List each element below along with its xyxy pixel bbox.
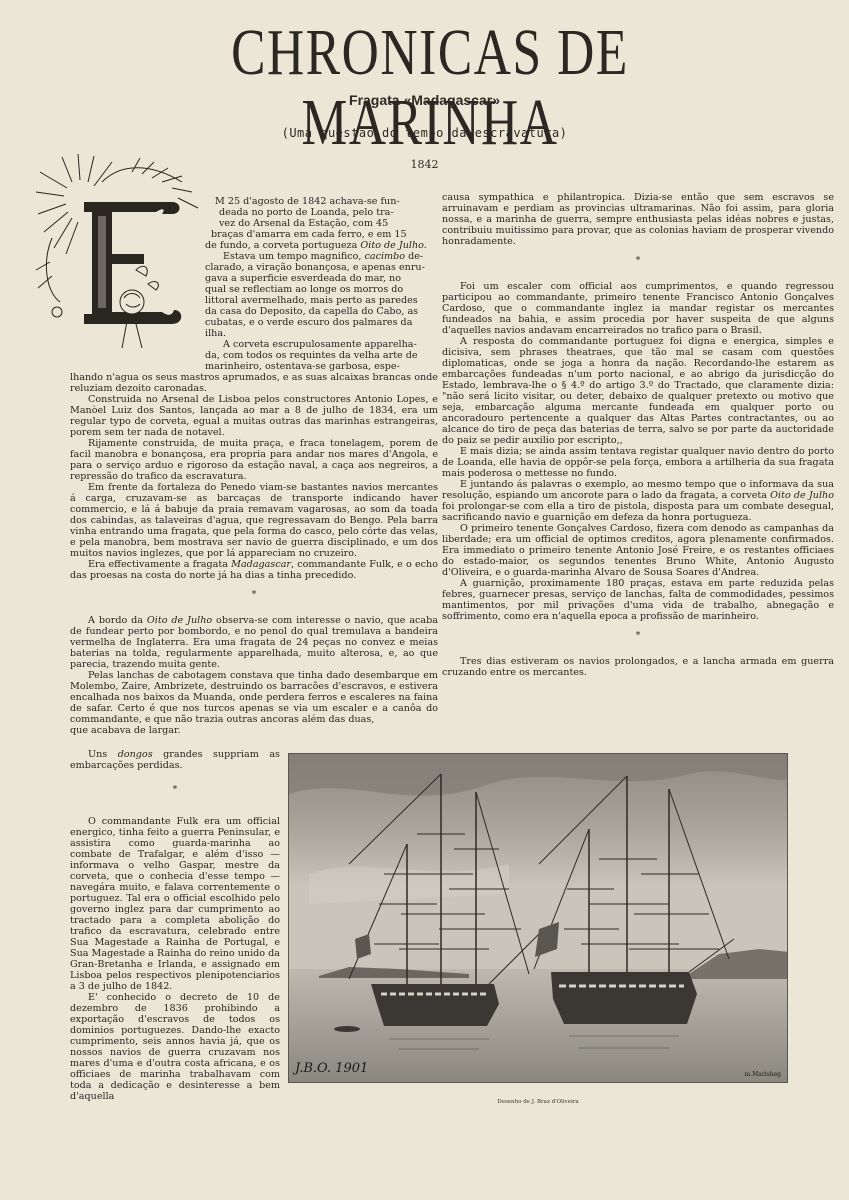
paragraph: O commandante Fulk era um official energ… bbox=[70, 816, 280, 992]
term-dongos: dongos bbox=[118, 749, 153, 760]
paragraph: Em frente da fortaleza do Penedo viam-se… bbox=[70, 482, 438, 559]
term-cacimbo: cacimbo bbox=[364, 251, 405, 262]
text-line: cubatas, e o verde escuro dos palmares d… bbox=[205, 317, 412, 328]
illustration-caption: Desenho de J. Braz d'Oliveira bbox=[288, 1099, 788, 1105]
decorative-dropcap-e-icon bbox=[32, 152, 204, 348]
text-line: A corveta escrupulosamente apparelha- bbox=[223, 339, 417, 350]
engraver-signature: m.Marisheg bbox=[745, 1071, 781, 1078]
text-line: da casa do Deposito, da capella do Cabo,… bbox=[205, 306, 418, 317]
text-line: vez do Arsenal da Estação, com 45 bbox=[219, 218, 388, 229]
section-separator: * bbox=[70, 785, 280, 796]
ship-name: Madagascar bbox=[231, 559, 291, 570]
section-separator: * bbox=[442, 256, 834, 267]
right-column-body: causa sympathica e philantropica. Dizia-… bbox=[442, 192, 834, 678]
left-column-body: lhando n'agua os seus mastros aprumados,… bbox=[70, 372, 438, 736]
paragraph: Era effectivamente a fragata Madagascar,… bbox=[70, 559, 438, 581]
text-line: de fundo, a corveta portugueza bbox=[205, 240, 357, 251]
text-line: gava a superficie esverdeada do mar, no bbox=[205, 273, 401, 284]
text-span: Uns bbox=[88, 749, 107, 760]
text-line: marinheiro, ostentava-se garbosa, espe- bbox=[205, 361, 400, 372]
paragraph: Construida no Arsenal de Lisboa pelos co… bbox=[70, 394, 438, 438]
text-line: qual se reflectiam ao longe os morros do bbox=[205, 284, 403, 295]
paragraph: Pelas lanchas de cabotagem constava que … bbox=[70, 670, 438, 725]
intro-paragraph: M 25 d'agosto de 1842 achava-se fun- dea… bbox=[205, 196, 437, 372]
text-line: deada no porto de Loanda, pelo tra- bbox=[219, 207, 394, 218]
paragraph: A guarnição, proximamente 180 praças, es… bbox=[442, 578, 834, 622]
text-line: M 25 d'agosto de 1842 achava-se fun- bbox=[215, 196, 400, 207]
text-line: ilha. bbox=[205, 328, 226, 339]
ship-name: Oito de Julho bbox=[147, 615, 212, 626]
ships-illustration: J.B.O. 1901 m.Marisheg bbox=[288, 753, 788, 1083]
section-separator: * bbox=[70, 590, 438, 601]
text-span: Era effectivamente a fragata bbox=[88, 559, 228, 570]
text-line: de- bbox=[408, 251, 423, 262]
paragraph: A resposta do commandante portuguez foi … bbox=[442, 336, 834, 446]
paragraph: O primeiro tenente Gonçalves Cardoso, fi… bbox=[442, 523, 834, 578]
paragraph: Rijamente construida, de muita praça, e … bbox=[70, 438, 438, 482]
paragraph: E mais dizia; se ainda assim tentava reg… bbox=[442, 446, 834, 479]
text-line: clarado, a viração bonançosa, e apenas e… bbox=[205, 262, 425, 273]
text-line: braças d'amarra em cada ferro, e em 15 bbox=[211, 229, 407, 240]
text-span: foi prolongar-se com ella a tiro de pist… bbox=[442, 501, 834, 523]
ship-name: Oito de Julho bbox=[770, 490, 834, 501]
left-narrow-column: Uns dongos grandes suppriam as embarcaçõ… bbox=[70, 749, 280, 1102]
ship-name: Oito de Julho. bbox=[360, 240, 426, 251]
paragraph: A bordo da Oito de Julho observa-se com … bbox=[70, 615, 438, 670]
paragraph: causa sympathica e philantropica. Dizia-… bbox=[442, 192, 834, 247]
magazine-page: CHRONICAS DE MARINHA Fragata «Madagascar… bbox=[0, 0, 849, 1200]
artist-signature: J.B.O. 1901 bbox=[295, 1061, 368, 1076]
text-line: Estava um tempo magnifico, bbox=[223, 251, 361, 262]
paragraph: lhando n'agua os seus mastros aprumados,… bbox=[70, 372, 438, 394]
section-separator: * bbox=[442, 631, 834, 642]
paragraph: Foi um escaler com official aos cumprime… bbox=[442, 281, 834, 336]
paragraph: Uns dongos grandes suppriam as embarcaçõ… bbox=[70, 749, 280, 771]
text-line: littoral avermelhado, mais perto as pare… bbox=[205, 295, 418, 306]
article-title: Fragata «Madagascar» bbox=[0, 92, 849, 108]
paragraph: E' conhecido o decreto de 10 de dezembro… bbox=[70, 992, 280, 1102]
paragraph: E juntando ás palavras o exemplo, ao mes… bbox=[442, 479, 834, 523]
article-subtitle: (Uma questão do tempo da escravatura) bbox=[0, 126, 849, 140]
text-line: da, com todos os requintes da velha arte… bbox=[205, 350, 418, 361]
text-span: A bordo da bbox=[88, 615, 143, 626]
paragraph-end: que acabava de largar. bbox=[70, 725, 438, 736]
paragraph: Tres dias estiveram os navios prolongado… bbox=[442, 656, 834, 678]
